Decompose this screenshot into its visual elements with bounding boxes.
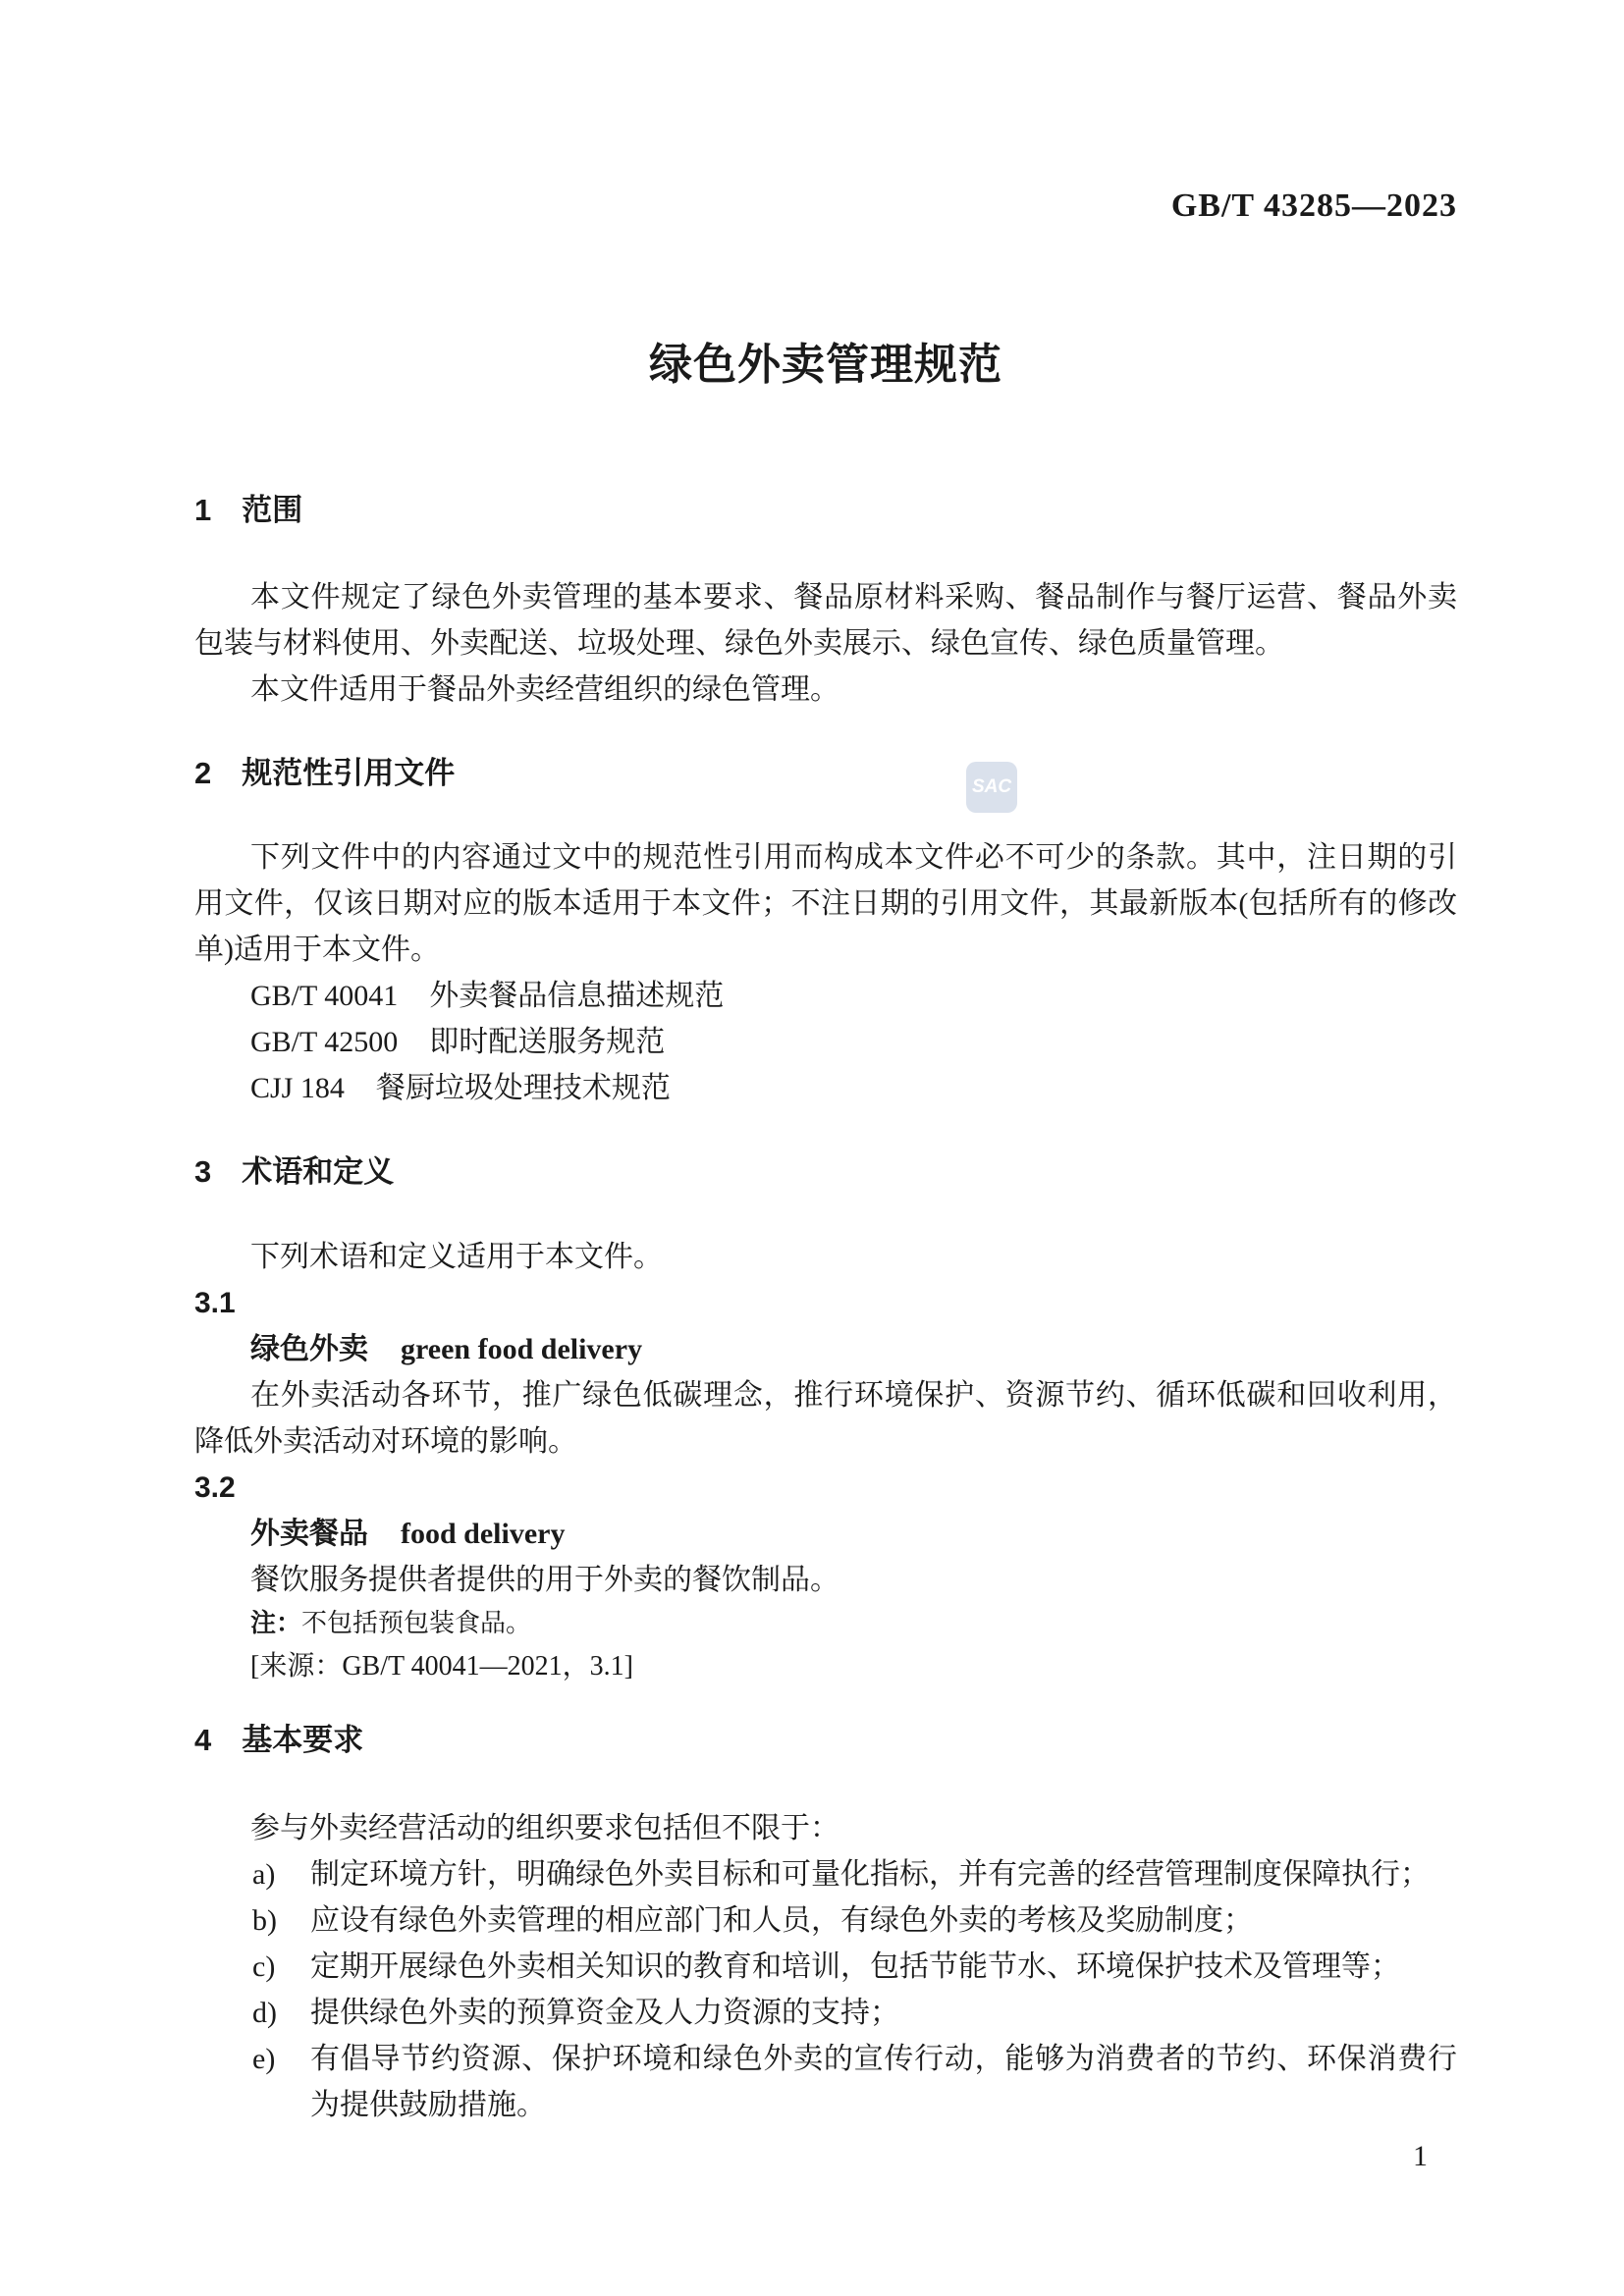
page-number: 1 [194,2136,1457,2177]
document-page: SAC GB/T 43285—2023 绿色外卖管理规范 1范围 本文件规定了绿… [0,0,1624,2296]
term-entry-3-2: 外卖餐品food delivery [194,1511,1457,1557]
item-marker: a) [252,1851,310,1897]
requirement-item-d: d) 提供绿色外卖的预算资金及人力资源的支持； [194,1990,1457,2036]
item-text: 定期开展绿色外卖相关知识的教育和培训，包括节能节水、环境保护技术及管理等； [310,1944,1457,1990]
section-3-heading: 3术语和定义 [194,1150,1457,1194]
term-zh: 外卖餐品 [250,1511,368,1557]
section-2-label: 规范性引用文件 [242,756,455,790]
requirement-item-c: c) 定期开展绿色外卖相关知识的教育和培训，包括节能节水、环境保护技术及管理等； [194,1944,1457,1990]
requirements-list: a) 制定环境方针，明确绿色外卖目标和可量化指标，并有完善的经营管理制度保障执行… [194,1851,1457,2128]
reference-code: GB/T 40041 [250,973,398,1019]
section-3-number: 3 [194,1150,211,1194]
section-2-heading: 2规范性引用文件 [194,752,1457,795]
page-content: GB/T 43285—2023 绿色外卖管理规范 1范围 本文件规定了绿色外卖管… [194,0,1457,2177]
requirement-item-b: b) 应设有绿色外卖管理的相应部门和人员，有绿色外卖的考核及奖励制度； [194,1897,1457,1944]
item-marker: e) [252,2036,310,2128]
item-marker: b) [252,1897,310,1944]
note-text: 不包括预包装食品。 [301,1609,531,1637]
terms-intro: 下列术语和定义适用于本文件。 [194,1234,1457,1280]
normative-refs-paragraph: 下列文件中的内容通过文中的规范性引用而构成本文件必不可少的条款。其中，注日期的引… [194,834,1457,973]
term-entry-3-1: 绿色外卖green food delivery [194,1326,1457,1372]
term-source-3-2: [来源：GB/T 40041—2021，3.1] [194,1643,1457,1689]
requirement-item-e: e) 有倡导节约资源、保护环境和绿色外卖的宣传行动，能够为消费者的节约、环保消费… [194,2036,1457,2128]
term-en: green food delivery [401,1333,642,1365]
reference-code: CJJ 184 [250,1065,345,1111]
section-1-number: 1 [194,489,211,532]
standard-number: GB/T 43285—2023 [194,187,1457,226]
item-marker: c) [252,1944,310,1990]
scope-paragraph-1: 本文件规定了绿色外卖管理的基本要求、餐品原材料采购、餐品制作与餐厅运营、餐品外卖… [194,574,1457,667]
note-label: 注： [250,1608,301,1637]
section-4-label: 基本要求 [242,1723,363,1757]
requirement-item-a: a) 制定环境方针，明确绿色外卖目标和可量化指标，并有完善的经营管理制度保障执行… [194,1851,1457,1897]
term-note-3-2: 注：不包括预包装食品。 [194,1603,1457,1643]
item-text: 有倡导节约资源、保护环境和绿色外卖的宣传行动，能够为消费者的节约、环保消费行为提… [310,2036,1457,2128]
item-text: 提供绿色外卖的预算资金及人力资源的支持； [310,1990,1457,2036]
section-1-label: 范围 [242,493,302,527]
section-4-heading: 4基本要求 [194,1719,1457,1762]
reference-item: GB/T 40041外卖餐品信息描述规范 [194,973,1457,1019]
reference-item: GB/T 42500即时配送服务规范 [194,1019,1457,1065]
reference-title: 外卖餐品信息描述规范 [429,980,724,1012]
section-3-label: 术语和定义 [242,1154,394,1189]
reference-code: GB/T 42500 [250,1019,398,1065]
term-en: food delivery [401,1518,565,1550]
term-definition-3-2: 餐饮服务提供者提供的用于外卖的餐饮制品。 [194,1557,1457,1603]
clause-number-3-1: 3.1 [194,1280,1457,1326]
item-text: 应设有绿色外卖管理的相应部门和人员，有绿色外卖的考核及奖励制度； [310,1897,1457,1944]
reference-title: 即时配送服务规范 [429,1026,665,1058]
section-4-number: 4 [194,1719,211,1762]
document-title: 绿色外卖管理规范 [194,336,1457,395]
reference-item: CJJ 184餐厨垃圾处理技术规范 [194,1065,1457,1111]
reference-title: 餐厨垃圾处理技术规范 [376,1072,671,1104]
clause-number-3-2: 3.2 [194,1465,1457,1511]
section-2-number: 2 [194,752,211,795]
term-zh: 绿色外卖 [250,1326,368,1372]
scope-paragraph-2: 本文件适用于餐品外卖经营组织的绿色管理。 [194,667,1457,713]
term-definition-3-1: 在外卖活动各环节，推广绿色低碳理念，推行环境保护、资源节约、循环低碳和回收利用，… [194,1372,1457,1465]
item-marker: d) [252,1990,310,2036]
requirements-intro: 参与外卖经营活动的组织要求包括但不限于： [194,1805,1457,1851]
section-1-heading: 1范围 [194,489,1457,532]
item-text: 制定环境方针，明确绿色外卖目标和可量化指标，并有完善的经营管理制度保障执行； [310,1851,1457,1897]
